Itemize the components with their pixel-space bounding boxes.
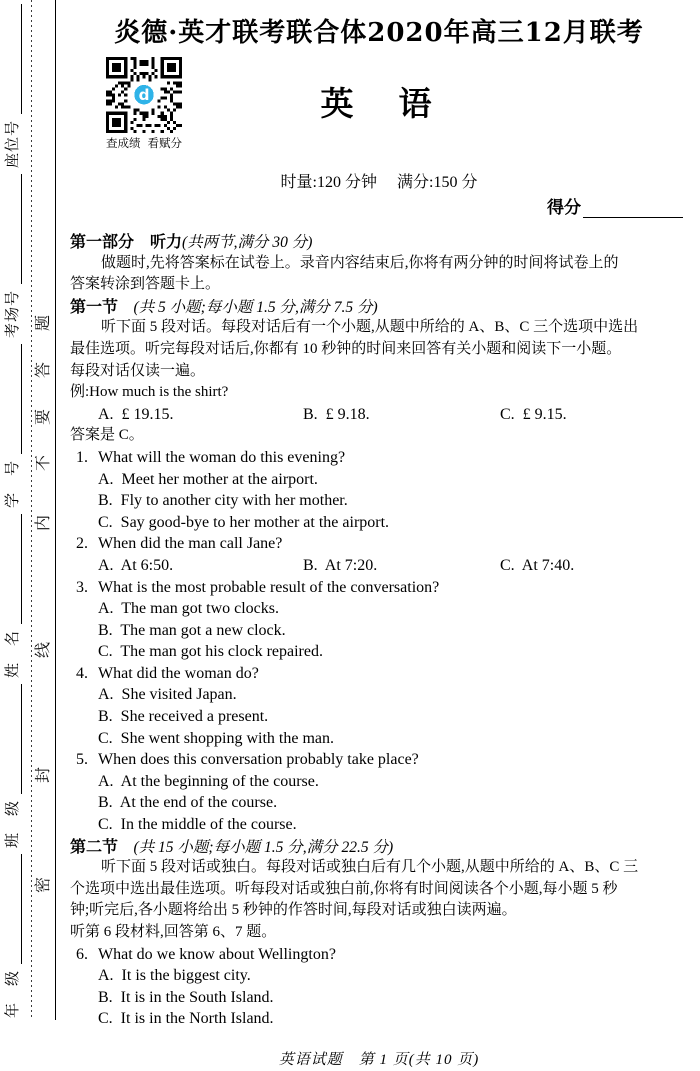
option-line: B. Fly to another city with her mother. <box>70 490 688 512</box>
field-label: 考场号 <box>1 288 22 340</box>
qr-caption-check-score: 查成绩 <box>106 135 141 151</box>
instruction-line: 每段对话仅读一遍。 <box>70 361 688 383</box>
question-number: 1. <box>70 447 98 469</box>
option-line: A. Meet her mother at the airport. <box>70 469 688 491</box>
score-field: 得分 <box>547 199 683 218</box>
option-row: A. £ 19.15.B. £ 9.18.C. £ 9.15. <box>70 404 688 426</box>
score-label: 得分 <box>547 199 581 218</box>
field-blank <box>5 174 22 284</box>
question-text: When does this conversation probably tak… <box>98 749 419 771</box>
option-line: B. She received a present. <box>70 706 688 728</box>
seal-char: 题 <box>34 313 54 333</box>
option-item: C. £ 9.15. <box>500 404 688 426</box>
section-heading: 第一节 (共 5 小题;每小题 1.5 分,满分 7.5 分) <box>70 296 688 318</box>
field-label: 学 号 <box>1 458 22 510</box>
option-row: A. At 6:50.B. At 7:20.C. At 7:40. <box>70 555 688 577</box>
main-column: 炎德·英才联考联合体2020年高三12月联考 d 查成绩 看赋分 英 语 时量:… <box>70 0 688 1071</box>
question-text: What did the woman do? <box>98 663 259 685</box>
section-heading-bold: 第一部分 听力 <box>70 232 182 251</box>
exam-body: 第一部分 听力(共两节,满分 30 分)做题时,先将答案标在试卷上。录音内容结束… <box>70 231 688 1030</box>
question-number: 5. <box>70 749 98 771</box>
duration-label: 时量:120 分钟 <box>281 169 377 192</box>
section-heading-note: (共 5 小题;每小题 1.5 分,满分 7.5 分) <box>118 299 378 316</box>
field-blank <box>5 514 22 624</box>
question-text: When did the man call Jane? <box>98 533 282 555</box>
option-line: C. It is in the North Island. <box>70 1008 688 1030</box>
full-marks-label: 满分:150 分 <box>397 169 477 192</box>
question-line: 3.What is the most probable result of th… <box>70 577 688 599</box>
option-line: B. The man got a new clock. <box>70 620 688 642</box>
section-heading: 第二节 (共 15 小题;每小题 1.5 分,满分 22.5 分) <box>70 836 688 858</box>
question-line: 1.What will the woman do this evening? <box>70 447 688 469</box>
instruction-line: 做题时,先将答案标在试卷上。录音内容结束后,你将有两分钟的时间将试卷上的 <box>70 253 688 275</box>
instruction-line: 钟;听完后,各小题将给出 5 秒钟的作答时间,每段对话或独白读两遍。 <box>70 900 688 922</box>
section-heading: 第一部分 听力(共两节,满分 30 分) <box>70 231 688 253</box>
question-line: 4.What did the woman do? <box>70 663 688 685</box>
question-text: What will the woman do this evening? <box>98 447 345 469</box>
option-line: A. The man got two clocks. <box>70 598 688 620</box>
seal-dotted-line <box>31 0 32 1020</box>
exam-meta: 时量:120 分钟 满分:150 分 <box>70 169 688 192</box>
option-line: A. It is the biggest city. <box>70 965 688 987</box>
exam-title: 炎德·英才联考联合体2020年高三12月联考 <box>70 12 688 49</box>
instruction-line: 答案是 C。 <box>70 425 688 447</box>
section-heading-note: (共两节,满分 30 分) <box>182 234 312 251</box>
question-line: 5.When does this conversation probably t… <box>70 749 688 771</box>
option-line: A. At the beginning of the course. <box>70 771 688 793</box>
instruction-line: 最佳选项。听完每段对话后,你都有 10 秒钟的时间来回答有关小题和阅读下一小题。 <box>70 339 688 361</box>
exam-paper-page: 年 级班 级姓 名学 号考场号座位号 题答要不内线封密 炎德·英才联考联合体20… <box>0 0 700 1071</box>
seal-char: 答 <box>34 360 54 380</box>
seal-char: 内 <box>34 513 54 533</box>
question-number: 2. <box>70 533 98 555</box>
qr-caption: 查成绩 看赋分 <box>103 135 185 151</box>
instruction-line: 个选项中选出最佳选项。听每段对话或独白前,你将有时间阅读各个小题,每小题 5 秒 <box>70 879 688 901</box>
field-label: 年 级 <box>1 968 22 1020</box>
option-line: C. Say good-bye to her mother at the air… <box>70 512 688 534</box>
instruction-line: 听第 6 段材料,回答第 6、7 题。 <box>70 922 688 944</box>
field-label: 姓 名 <box>1 628 22 680</box>
seal-char: 线 <box>34 640 54 660</box>
option-line: C. In the middle of the course. <box>70 814 688 836</box>
option-item: B. £ 9.18. <box>303 404 500 426</box>
instruction-line: 答案转涂到答题卡上。 <box>70 274 688 296</box>
question-line: 2.When did the man call Jane? <box>70 533 688 555</box>
option-line: B. At the end of the course. <box>70 792 688 814</box>
option-line: C. The man got his clock repaired. <box>70 641 688 663</box>
seal-solid-line <box>55 0 56 1020</box>
option-item: B. At 7:20. <box>303 555 500 577</box>
section-heading-bold: 第二节 <box>70 837 118 856</box>
section-heading-note: (共 15 小题;每小题 1.5 分,满分 22.5 分) <box>118 839 393 856</box>
question-number: 3. <box>70 577 98 599</box>
qr-caption-view-points: 看赋分 <box>148 135 183 151</box>
option-line: A. She visited Japan. <box>70 684 688 706</box>
instruction-line: 听下面 5 段对话或独白。每段对话或独白后有几个小题,从题中所给的 A、B、C … <box>70 857 688 879</box>
field-blank <box>5 854 22 964</box>
seal-char: 要 <box>34 407 54 427</box>
question-number: 6. <box>70 944 98 966</box>
question-text: What is the most probable result of the … <box>98 577 439 599</box>
field-label: 班 级 <box>1 798 22 850</box>
example-line: 例:How much is the shirt? <box>70 382 688 404</box>
seal-char: 密 <box>34 875 54 895</box>
subject-title: 英 语 <box>70 78 688 125</box>
seal-char: 封 <box>34 765 54 785</box>
option-line: C. She went shopping with the man. <box>70 728 688 750</box>
question-text: What do we know about Wellington? <box>98 944 336 966</box>
option-item: A. At 6:50. <box>98 555 303 577</box>
field-blank <box>5 684 22 794</box>
instruction-line: 听下面 5 段对话。每段对话后有一个小题,从题中所给的 A、B、C 三个选项中选… <box>70 317 688 339</box>
option-line: B. It is in the South Island. <box>70 987 688 1009</box>
question-line: 6.What do we know about Wellington? <box>70 944 688 966</box>
question-number: 4. <box>70 663 98 685</box>
option-item: A. £ 19.15. <box>98 404 303 426</box>
score-blank <box>583 199 683 218</box>
field-label: 座位号 <box>1 118 22 170</box>
option-item: C. At 7:40. <box>500 555 688 577</box>
section-heading-bold: 第一节 <box>70 297 118 316</box>
seal-char: 不 <box>34 453 54 473</box>
page-footer: 英语试题 第 1 页(共 10 页) <box>70 1048 688 1069</box>
seal-margin-fields: 年 级班 级姓 名学 号考场号座位号 <box>1 0 22 1020</box>
field-blank <box>5 4 22 114</box>
field-blank <box>5 344 22 454</box>
